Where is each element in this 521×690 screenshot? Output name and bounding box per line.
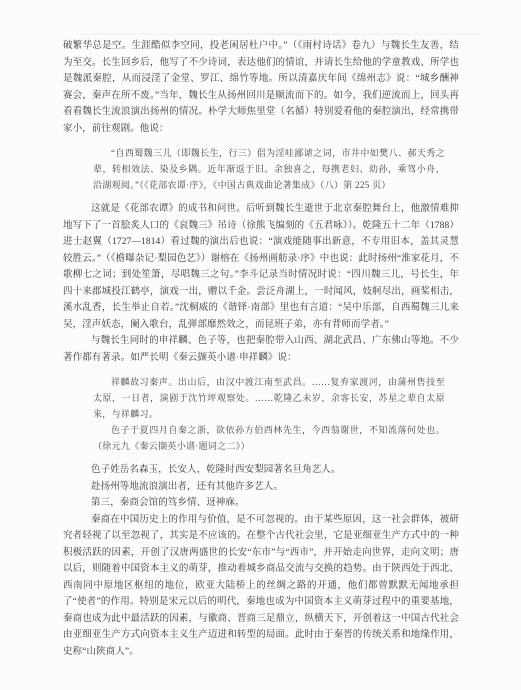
text-block: 破繁华总是空。生涯酷似李空同，投老闲居杜户中。”（《雨村诗话》卷九）与魏长生友善… [63, 38, 459, 660]
line-third-point-qin-merchant-guilds: 第三，秦商会馆的笃乡情、迓神庥。 [63, 495, 459, 512]
quote-text-xianglin: 祥麟故习秦声。出山后，由汉中渡江南至武昌。……复弃家渡河，由蒲州售技至太原，一日… [93, 374, 445, 422]
quote-block-qinyun-xieying-xiaopu: 祥麟故习秦声。出山后，由汉中渡江南至武昌。……复弃家渡河，由蒲州售技至太原，一日… [93, 374, 445, 454]
paragraph-qin-merchants-history: 秦商在中国历史上的作用与价值，是不可忽视的。由于某些原因，这一社会群体，被研究者… [63, 512, 459, 661]
line-other-artists: 赴扬州等地流浪演出者，还有其他许多艺人。 [63, 479, 459, 496]
paragraph-shen-xianglin-intro: 与魏长生同时的申祥麟、色子等，也把秦腔带入山西、湖北武昌、广东佛山等地。不少著作… [63, 333, 459, 366]
paragraph-huabu-nongtan-publication: 这就是《花部农谭》的成书和问世。后听到魏长生逝世于北京秦腔舞台上，他激情难抑地写… [63, 201, 459, 333]
paragraph-wei-changsheng-continuation: 破繁华总是空。生涯酷似李空同，投老闲居杜户中。”（《雨村诗话》卷九）与魏长生友善… [63, 38, 459, 137]
quote-block-jiao-xun: “自西蜀魏三儿（即魏长生，行三）倡为淫哇鄙谑之词，市井中如樊八、郝天秀之辈，转相… [93, 145, 445, 193]
scan-noise-band [80, 33, 480, 35]
quote-text-sezi: 色子于夏四月自秦之浙，欲依孙方伯西林先生，今西翁谢世，不知流落何处也。（徐元九《… [93, 422, 445, 454]
line-sezi-biography: 色子姓岳名森玉，长安人，乾隆时西安梨园著名旦角艺人。 [63, 462, 459, 479]
quote-text-huabu-nongtan-xu: “自西蜀魏三儿（即魏长生，行三）倡为淫哇鄙谑之词，市井中如樊八、郝天秀之辈，转相… [93, 145, 445, 193]
scanned-book-page: ᷊ ᷍ 破繁华总是空。生涯酷似李空同，投老闲居杜户中。”（《雨村诗话》卷九）与魏… [0, 0, 521, 690]
